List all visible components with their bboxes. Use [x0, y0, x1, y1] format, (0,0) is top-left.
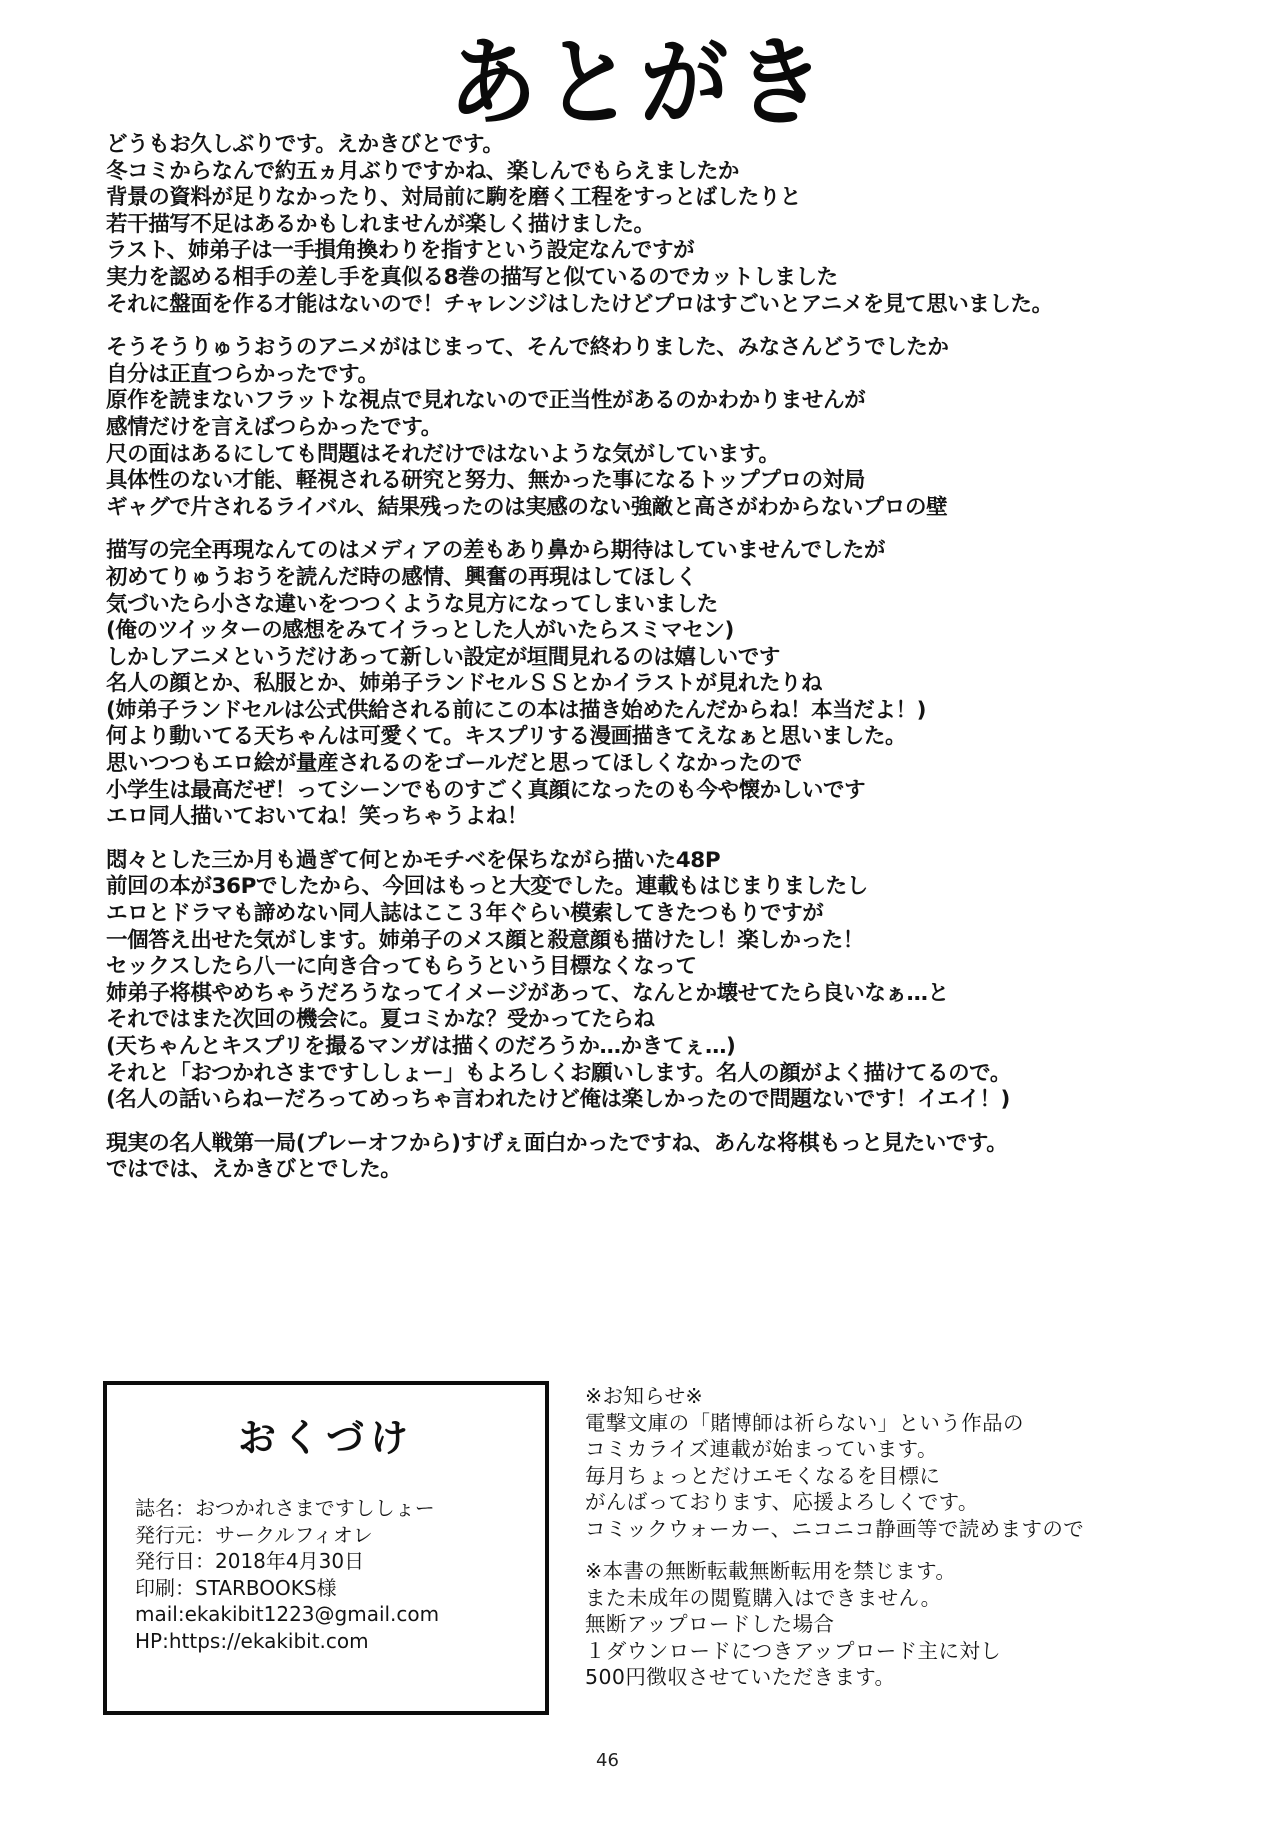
text-line: 原作を読まないフラットな視点で見れないので正当性があるのかわかりませんが — [106, 388, 1246, 415]
text-line: そうそうりゅうおうのアニメがはじまって、そんで終わりました、みなさんどうでしたか — [106, 335, 1246, 362]
notice-line: また未成年の閲覧購入はできません。 — [585, 1585, 1185, 1612]
notice-line: ※お知らせ※ — [585, 1383, 1185, 1410]
notices: ※お知らせ※ 電撃文庫の「賭博師は祈らない」という作品の コミカライズ連載が始ま… — [585, 1383, 1185, 1707]
colophon-publisher: 発行元：サークルフィオレ — [135, 1522, 439, 1549]
text-line: 冬コミからなんで約五ヵ月ぶりですかね、楽しんでもらえましたか — [106, 159, 1246, 186]
notice-line: がんばっております、応援よろしくです。 — [585, 1489, 1185, 1516]
text-line: しかしアニメというだけあって新しい設定が垣間見れるのは嬉しいです — [106, 645, 1246, 672]
notice-line: 無断アップロードした場合 — [585, 1611, 1185, 1638]
colophon-publish-date: 発行日：2018年4月30日 — [135, 1548, 439, 1575]
colophon-printer: 印刷：STARBOOKS様 — [135, 1575, 439, 1602]
text-line: 名人の顔とか、私服とか、姉弟子ランドセルＳＳとかイラストが見れたりね — [106, 671, 1246, 698]
copyright-notice: ※本書の無断転載無断転用を禁じます。 また未成年の閲覧購入はできません。 無断ア… — [585, 1558, 1185, 1691]
afterword-paragraph: 悶々とした三か月も過ぎて何とかモチベを保ちながら描いた48P 前回の本が36Pで… — [106, 848, 1246, 1114]
text-line: 若干描写不足はあるかもしれませんが楽しく描けました。 — [106, 212, 1246, 239]
colophon-title: おくづけ — [107, 1415, 545, 1461]
text-line: エロとドラマも諦めない同人誌はここ３年ぐらい模索してきたつもりですが — [106, 901, 1246, 928]
text-line: セックスしたら八一に向き合ってもらうという目標なくなって — [106, 954, 1246, 981]
text-line: ラスト、姉弟子は一手損角換わりを指すという設定なんですが — [106, 238, 1246, 265]
page-number: 46 — [596, 1750, 619, 1772]
text-line: それではまた次回の機会に。夏コミかな？受かってたらね — [106, 1007, 1246, 1034]
text-line: それに盤面を作る才能はないので！チャレンジはしたけどプロはすごいとアニメを見て思… — [106, 292, 1246, 319]
text-line: 背景の資料が足りなかったり、対局前に駒を磨く工程をすっとばしたりと — [106, 185, 1246, 212]
page-title: あとがき — [51, 28, 1229, 138]
text-line: 現実の名人戦第一局(プレーオフから)すげぇ面白かったですね、あんな将棋もっと見た… — [106, 1131, 1246, 1158]
text-line: 尺の面はあるにしても問題はそれだけではないような気がしています。 — [106, 442, 1246, 469]
notice-line: ※本書の無断転載無断転用を禁じます。 — [585, 1558, 1185, 1585]
colophon-homepage: HP:https://ekakibit.com — [135, 1628, 439, 1655]
text-line: (姉弟子ランドセルは公式供給される前にこの本は描き始めたんだからね！本当だよ！) — [106, 698, 1246, 725]
text-line: 何より動いてる天ちゃんは可愛くて。キスプリする漫画描きてえなぁと思いました。 — [106, 724, 1246, 751]
text-line: 前回の本が36Pでしたから、今回はもっと大変でした。連載もはじまりましたし — [106, 874, 1246, 901]
notice-line: 電撃文庫の「賭博師は祈らない」という作品の — [585, 1410, 1185, 1437]
announcement-notice: ※お知らせ※ 電撃文庫の「賭博師は祈らない」という作品の コミカライズ連載が始ま… — [585, 1383, 1185, 1542]
text-line: 悶々とした三か月も過ぎて何とかモチベを保ちながら描いた48P — [106, 848, 1246, 875]
text-line: 描写の完全再現なんてのはメディアの差もあり鼻から期待はしていませんでしたが — [106, 538, 1246, 565]
colophon-email: mail:ekakibit1223@gmail.com — [135, 1601, 439, 1628]
text-line: 実力を認める相手の差し手を真似る8巻の描写と似ているのでカットしました — [106, 265, 1246, 292]
text-line: 初めてりゅうおうを読んだ時の感情、興奮の再現はしてほしく — [106, 565, 1246, 592]
afterword-paragraph: そうそうりゅうおうのアニメがはじまって、そんで終わりました、みなさんどうでしたか… — [106, 335, 1246, 521]
afterword-paragraph: どうもお久しぶりです。えかきびとです。 冬コミからなんで約五ヵ月ぶりですかね、楽… — [106, 132, 1246, 318]
text-line: エロ同人描いておいてね！笑っちゃうよね！ — [106, 804, 1246, 831]
colophon-details: 誌名：おつかれさまですししょー 発行元：サークルフィオレ 発行日：2018年4月… — [135, 1495, 439, 1654]
text-line: 具体性のない才能、軽視される研究と努力、無かった事になるトッププロの対局 — [106, 468, 1246, 495]
text-line: 気づいたら小さな違いをつつくような見方になってしまいました — [106, 592, 1246, 619]
colophon-box: おくづけ 誌名：おつかれさまですししょー 発行元：サークルフィオレ 発行日：20… — [103, 1381, 549, 1715]
text-line: (名人の話いらねーだろってめっちゃ言われたけど俺は楽しかったので問題ないです！イ… — [106, 1087, 1246, 1114]
text-line: 一個答え出せた気がします。姉弟子のメス顔と殺意顔も描けたし！楽しかった！ — [106, 928, 1246, 955]
notice-line: 毎月ちょっとだけエモくなるを目標に — [585, 1463, 1185, 1490]
text-line: 自分は正直つらかったです。 — [106, 362, 1246, 389]
text-line: 思いつつもエロ絵が量産されるのをゴールだと思ってほしくなかったので — [106, 751, 1246, 778]
afterword-body: どうもお久しぶりです。えかきびとです。 冬コミからなんで約五ヵ月ぶりですかね、楽… — [106, 132, 1246, 1192]
text-line: ギャグで片されるライバル、結果残ったのは実感のない強敵と高さがわからないプロの壁 — [106, 495, 1246, 522]
text-line: 感情だけを言えばつらかったです。 — [106, 415, 1246, 442]
colophon-publication-name: 誌名：おつかれさまですししょー — [135, 1495, 439, 1522]
text-line: ではでは、えかきびとでした。 — [106, 1157, 1246, 1184]
notice-line: 500円徴収させていただきます。 — [585, 1664, 1185, 1691]
text-line: 姉弟子将棋やめちゃうだろうなってイメージがあって、なんとか壊せてたら良いなぁ…と — [106, 981, 1246, 1008]
text-line: (俺のツイッターの感想をみてイラっとした人がいたらスミマセン) — [106, 618, 1246, 645]
afterword-paragraph: 描写の完全再現なんてのはメディアの差もあり鼻から期待はしていませんでしたが 初め… — [106, 538, 1246, 831]
text-line: (天ちゃんとキスプリを撮るマンガは描くのだろうか…かきてぇ…) — [106, 1034, 1246, 1061]
notice-line: コミックウォーカー、ニコニコ静画等で読めますので — [585, 1516, 1185, 1543]
notice-line: コミカライズ連載が始まっています。 — [585, 1436, 1185, 1463]
text-line: それと「おつかれさまですししょー」もよろしくお願いします。名人の顔がよく描けてる… — [106, 1061, 1246, 1088]
notice-line: １ダウンロードにつきアップロード主に対し — [585, 1638, 1185, 1665]
afterword-paragraph: 現実の名人戦第一局(プレーオフから)すげぇ面白かったですね、あんな将棋もっと見た… — [106, 1131, 1246, 1184]
text-line: 小学生は最高だぜ！ってシーンでものすごく真顔になったのも今や懐かしいです — [106, 778, 1246, 805]
text-line: どうもお久しぶりです。えかきびとです。 — [106, 132, 1246, 159]
